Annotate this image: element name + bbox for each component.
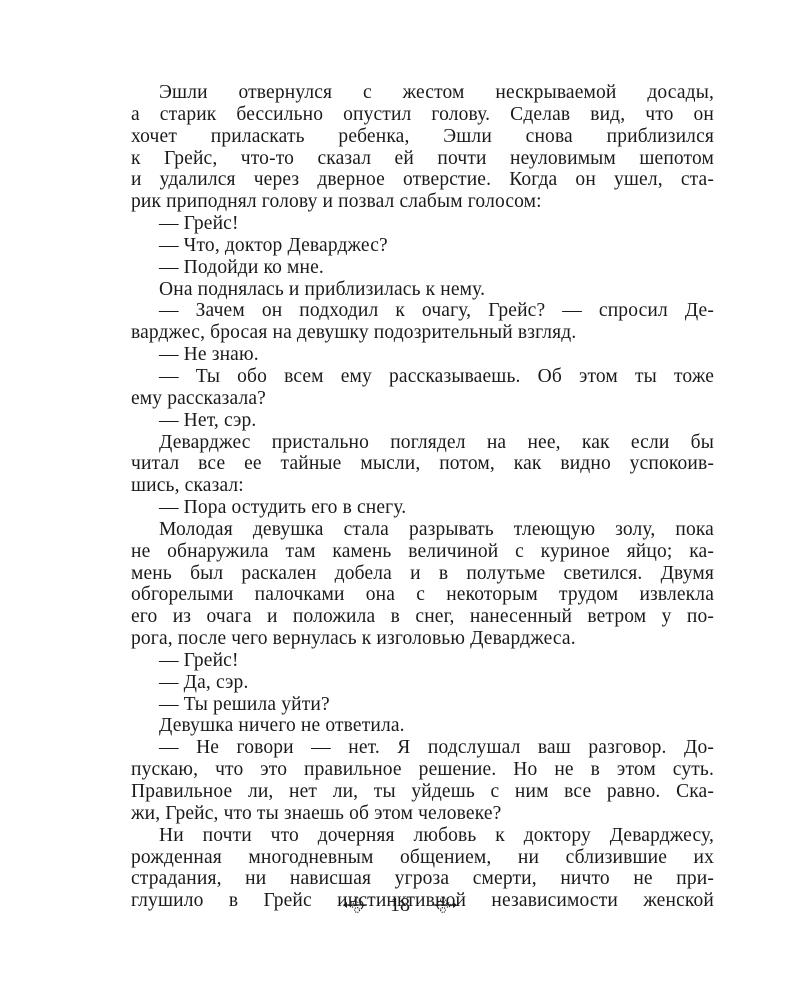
- text-line: рик приподнял голову и позвал слабым гол…: [131, 191, 714, 213]
- text-line: — Зачем он подходил к очагу, Грейс? — сп…: [131, 300, 714, 322]
- text-line: не обнаружила там камень величиной с кур…: [131, 541, 714, 563]
- text-line: хочет приласкать ребенка, Эшли снова при…: [131, 126, 714, 148]
- page-number: 18: [390, 894, 410, 917]
- text-line: а старик бессильно опустил голову. Сдела…: [131, 104, 714, 126]
- text-line: Ни почти что дочерняя любовь к доктору Д…: [131, 825, 714, 847]
- text-line: к Грейс, что-то сказал ей почти неуловим…: [131, 148, 714, 170]
- text-line: — Не говори — нет. Я подслушал ваш разго…: [131, 737, 714, 759]
- text-line: — Подойди ко мне.: [131, 257, 714, 279]
- text-line: пускаю, что это правильное решение. Но н…: [131, 759, 714, 781]
- text-line: Она поднялась и приблизилась к нему.: [131, 279, 714, 301]
- text-line: Молодая девушка стала разрывать тлеющую …: [131, 519, 714, 541]
- text-line: рожденная многодневным общением, ни сбли…: [131, 847, 714, 869]
- right-fleuron-icon: [429, 896, 459, 914]
- text-line: — Грейс!: [131, 213, 714, 235]
- text-line: ему рассказала?: [131, 388, 714, 410]
- text-line: обгорелыми палочками она с некоторым тру…: [131, 584, 714, 606]
- text-line: Деварджес пристально поглядел на нее, ка…: [131, 432, 714, 454]
- text-line: и удалился через дверное отверстие. Когд…: [131, 169, 714, 191]
- page-footer: 18: [0, 893, 800, 917]
- text-line: — Да, сэр.: [131, 672, 714, 694]
- text-line: его из очага и положила в снег, нанесенн…: [131, 606, 714, 628]
- left-fleuron-icon: [341, 896, 371, 914]
- page-body: Эшли отвернулся с жестом нескрываемой до…: [131, 82, 714, 912]
- text-line: — Ты решила уйти?: [131, 694, 714, 716]
- text-line: страдания, ни нависшая угроза смерти, ни…: [131, 868, 714, 890]
- text-line: — Грейс!: [131, 650, 714, 672]
- text-line: жи, Грейс, что ты знаешь об этом человек…: [131, 803, 714, 825]
- text-line: мень был раскален добела и в полутьме св…: [131, 563, 714, 585]
- text-line: Эшли отвернулся с жестом нескрываемой до…: [131, 82, 714, 104]
- text-line: шись, сказал:: [131, 475, 714, 497]
- text-line: — Пора остудить его в снегу.: [131, 497, 714, 519]
- text-line: — Что, доктор Деварджес?: [131, 235, 714, 257]
- text-line: — Нет, сэр.: [131, 410, 714, 432]
- text-line: — Не знаю.: [131, 344, 714, 366]
- text-line: рога, после чего вернулась к изголовью Д…: [131, 628, 714, 650]
- text-line: варджес, бросая на девушку подозрительны…: [131, 322, 714, 344]
- text-line: читал все ее тайные мысли, потом, как ви…: [131, 453, 714, 475]
- text-line: — Ты обо всем ему рассказываешь. Об этом…: [131, 366, 714, 388]
- text-line: Правильное ли, нет ли, ты уйдешь с ним в…: [131, 781, 714, 803]
- text-line: Девушка ничего не ответила.: [131, 715, 714, 737]
